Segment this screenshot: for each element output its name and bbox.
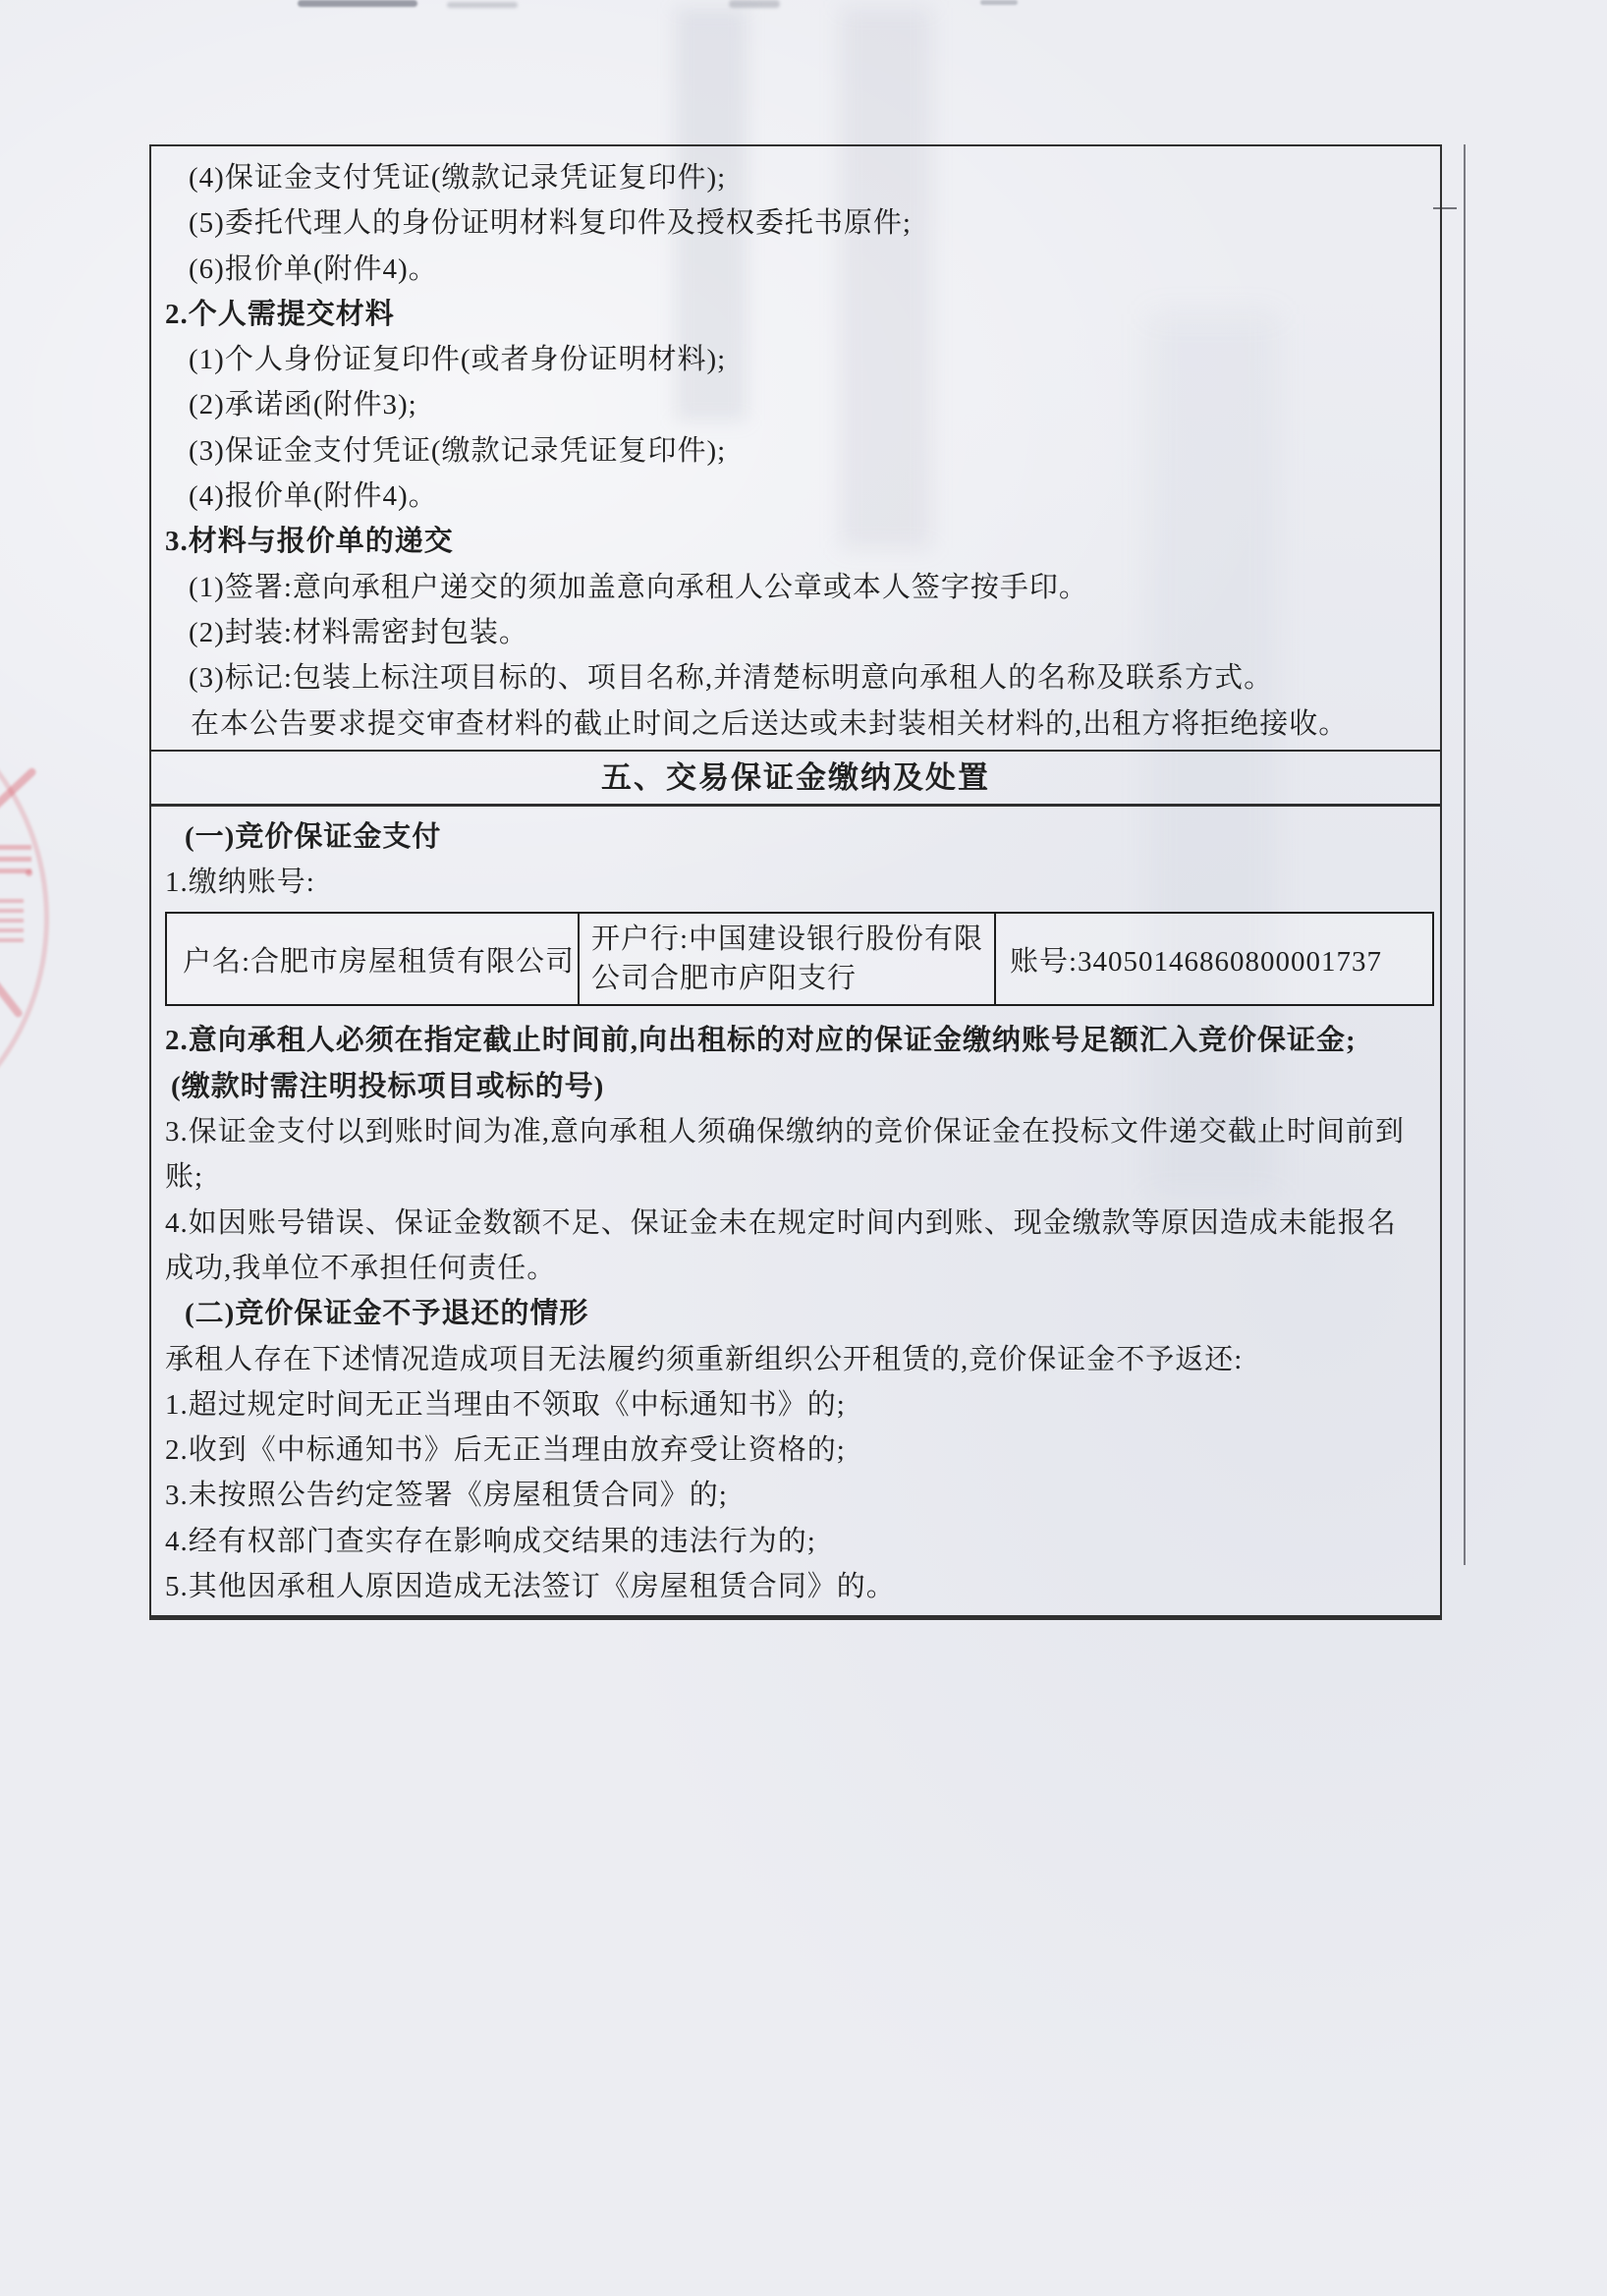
bank-name: 开户行:中国建设银行股份有限公司合肥市庐阳支行: [591, 920, 992, 998]
red-seal-fragment: [0, 722, 88, 1154]
account-number-cell: 账号:34050146860800001737: [996, 914, 1432, 1004]
materials-line: (2)封装:材料需密封包装。: [165, 610, 1420, 655]
seal-stroke: [0, 766, 37, 814]
materials-line: (3)标记:包装上标注项目标的、项目名称,并清楚标明意向承租人的名称及联系方式。: [165, 655, 1420, 700]
deposit-rule: 2.意向承租人必须在指定截止时间前,向出租标的对应的保证金缴纳账号足额汇入竞价保…: [165, 1018, 1420, 1063]
deposit-rule: 3.保证金支付以到账时间为准,意向承租人须确保缴纳的竞价保证金在投标文件递交截止…: [165, 1109, 1420, 1201]
forfeit-item: 1.超过规定时间无正当理由不领取《中标通知书》的;: [165, 1382, 1420, 1428]
seal-stroke: [0, 897, 24, 942]
materials-line: (1)签署:意向承租户递交的须加盖意向承租人公章或本人签字按手印。: [165, 565, 1420, 610]
deposit-rule-note: (缴款时需注明投标项目或标的号): [165, 1064, 1420, 1109]
account-holder: 户名:合肥市房屋租赁有限公司: [183, 939, 575, 980]
forfeit-intro: 承租人存在下述情况造成项目无法履约须重新组织公开租赁的,竞价保证金不予返还:: [165, 1337, 1420, 1382]
seal-stroke: [0, 838, 31, 873]
seal-stroke: [26, 869, 32, 876]
forfeit-item: 2.收到《中标通知书》后无正当理由放弃受让资格的;: [165, 1428, 1420, 1473]
materials-subheading: 3.材料与报价单的递交: [165, 519, 1420, 564]
deposit-section: (一)竞价保证金支付 1.缴纳账号: 户名:合肥市房屋租赁有限公司 开户行:中国…: [151, 807, 1440, 1615]
materials-section: (4)保证金支付凭证(缴款记录凭证复印件); (5)委托代理人的身份证明材料复印…: [151, 146, 1440, 750]
materials-line: (3)保证金支付凭证(缴款记录凭证复印件);: [165, 428, 1420, 474]
materials-line: (4)保证金支付凭证(缴款记录凭证复印件);: [165, 155, 1420, 200]
materials-line: (5)委托代理人的身份证明材料复印件及授权委托书原件;: [165, 200, 1420, 246]
notice-table: (4)保证金支付凭证(缴款记录凭证复印件); (5)委托代理人的身份证明材料复印…: [149, 144, 1442, 1620]
materials-line: (2)承诺函(附件3);: [165, 382, 1420, 427]
deposit-rule: 4.如因账号错误、保证金数额不足、保证金未在规定时间内到账、现金缴款等原因造成未…: [165, 1201, 1420, 1292]
scan-smudge: [447, 2, 518, 8]
account-table: 户名:合肥市房屋租赁有限公司 开户行:中国建设银行股份有限公司合肥市庐阳支行 账…: [165, 912, 1434, 1006]
account-label: 1.缴纳账号:: [165, 860, 1420, 905]
materials-subheading: 2.个人需提交材料: [165, 292, 1420, 337]
materials-line: (1)个人身份证复印件(或者身份证明材料);: [165, 337, 1420, 382]
seal-stroke: [0, 966, 24, 1019]
scan-smudge: [298, 0, 417, 7]
scan-smudge: [729, 0, 780, 8]
scan-fold-line: [1464, 144, 1466, 1565]
account-holder-cell: 户名:合肥市房屋租赁有限公司: [167, 914, 580, 1004]
forfeit-item: 4.经有权部门查实存在影响成交结果的违法行为的;: [165, 1519, 1420, 1564]
account-number: 账号:34050146860800001737: [1010, 939, 1382, 980]
materials-closing-note: 在本公告要求提交审查材料的截止时间之后送达或未封装相关材料的,出租方将拒绝接收。: [165, 701, 1420, 747]
scan-smudge: [980, 0, 1018, 5]
deposit-pay-title: (一)竞价保证金支付: [165, 814, 1420, 860]
bank-cell: 开户行:中国建设银行股份有限公司合肥市庐阳支行: [580, 914, 996, 1004]
scanned-document-page: (4)保证金支付凭证(缴款记录凭证复印件); (5)委托代理人的身份证明材料复印…: [0, 0, 1607, 2296]
materials-line: (6)报价单(附件4)。: [165, 247, 1420, 292]
forfeit-title: (二)竞价保证金不予退还的情形: [165, 1291, 1420, 1336]
forfeit-item: 3.未按照公告约定签署《房屋租赁合同》的;: [165, 1473, 1420, 1518]
forfeit-item: 5.其他因承租人原因造成无法签订《房屋租赁合同》的。: [165, 1564, 1420, 1609]
materials-line: (4)报价单(附件4)。: [165, 474, 1420, 519]
section5-header: 五、交易保证金缴纳及处置: [151, 750, 1440, 807]
seal-arc: [0, 683, 49, 1154]
